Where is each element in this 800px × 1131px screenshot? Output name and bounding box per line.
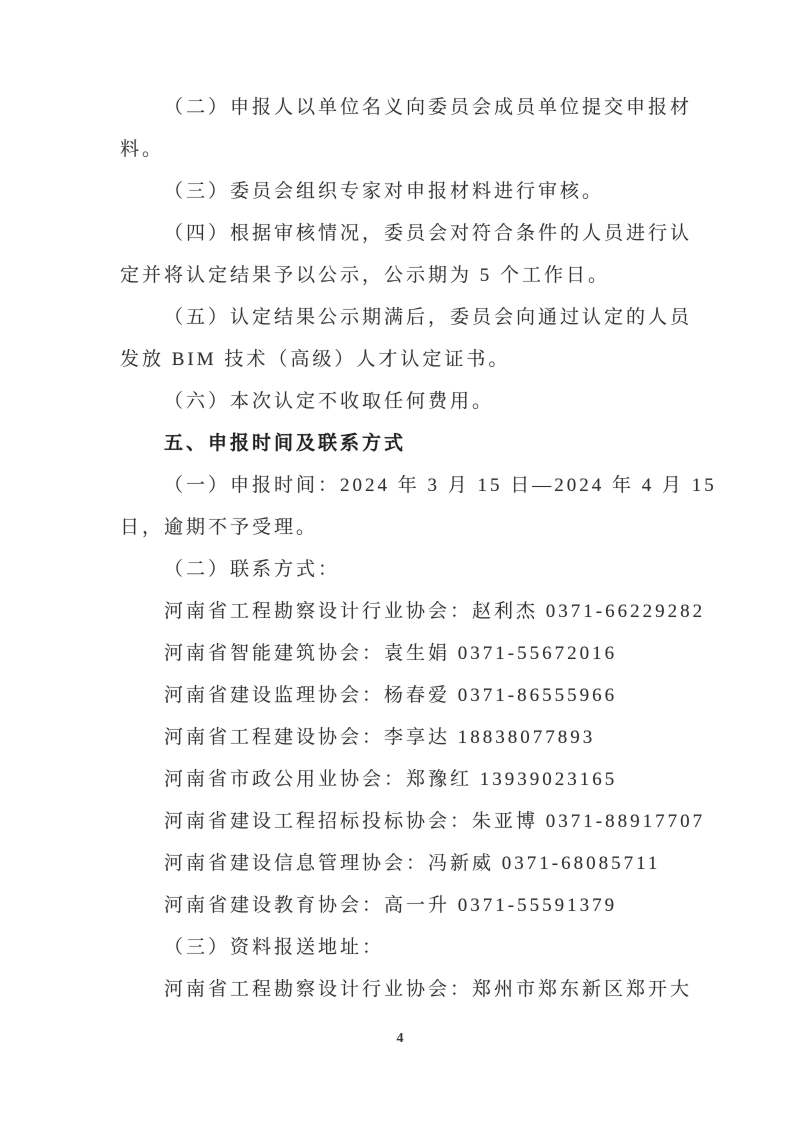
- body-line: （四）根据审核情况，委员会对符合条件的人员进行认: [120, 213, 686, 255]
- body-line: （二）申报人以单位名义向委员会成员单位提交申报材: [120, 87, 686, 129]
- document-body: （二）申报人以单位名义向委员会成员单位提交申报材 料。 （三）委员会组织专家对申…: [120, 87, 686, 1011]
- contact-line: 河南省建设信息管理协会：冯新威 0371-68085711: [120, 843, 686, 885]
- body-line: （五）认定结果公示期满后，委员会向通过认定的人员: [120, 297, 686, 339]
- section-heading: 五、申报时间及联系方式: [120, 423, 686, 465]
- page-number: 4: [0, 1029, 800, 1049]
- address-line: 河南省工程勘察设计行业协会：郑州市郑东新区郑开大: [120, 969, 686, 1011]
- body-line: 定并将认定结果予以公示，公示期为 5 个工作日。: [120, 255, 686, 297]
- contact-line: 河南省建设教育协会：高一升 0371-55591379: [120, 885, 686, 927]
- contact-line: 河南省工程建设协会：李享达 18838077893: [120, 717, 686, 759]
- body-line: 料。: [120, 129, 686, 171]
- contact-line: 河南省建设监理协会：杨春爱 0371-86555966: [120, 675, 686, 717]
- body-line: （二）联系方式：: [120, 549, 686, 591]
- body-line: 发放 BIM 技术（高级）人才认定证书。: [120, 339, 686, 381]
- contact-line: 河南省工程勘察设计行业协会：赵利杰 0371-66229282: [120, 591, 686, 633]
- body-line: （一）申报时间：2024 年 3 月 15 日—2024 年 4 月 15: [120, 465, 686, 507]
- document-page: （二）申报人以单位名义向委员会成员单位提交申报材 料。 （三）委员会组织专家对申…: [0, 0, 800, 1131]
- body-line: 日，逾期不予受理。: [120, 507, 686, 549]
- contact-line: 河南省智能建筑协会：袁生娟 0371-55672016: [120, 633, 686, 675]
- body-line: （六）本次认定不收取任何费用。: [120, 381, 686, 423]
- contact-line: 河南省建设工程招标投标协会：朱亚博 0371-88917707: [120, 801, 686, 843]
- body-line: （三）委员会组织专家对申报材料进行审核。: [120, 171, 686, 213]
- body-line: （三）资料报送地址：: [120, 927, 686, 969]
- contact-line: 河南省市政公用业协会：郑豫红 13939023165: [120, 759, 686, 801]
